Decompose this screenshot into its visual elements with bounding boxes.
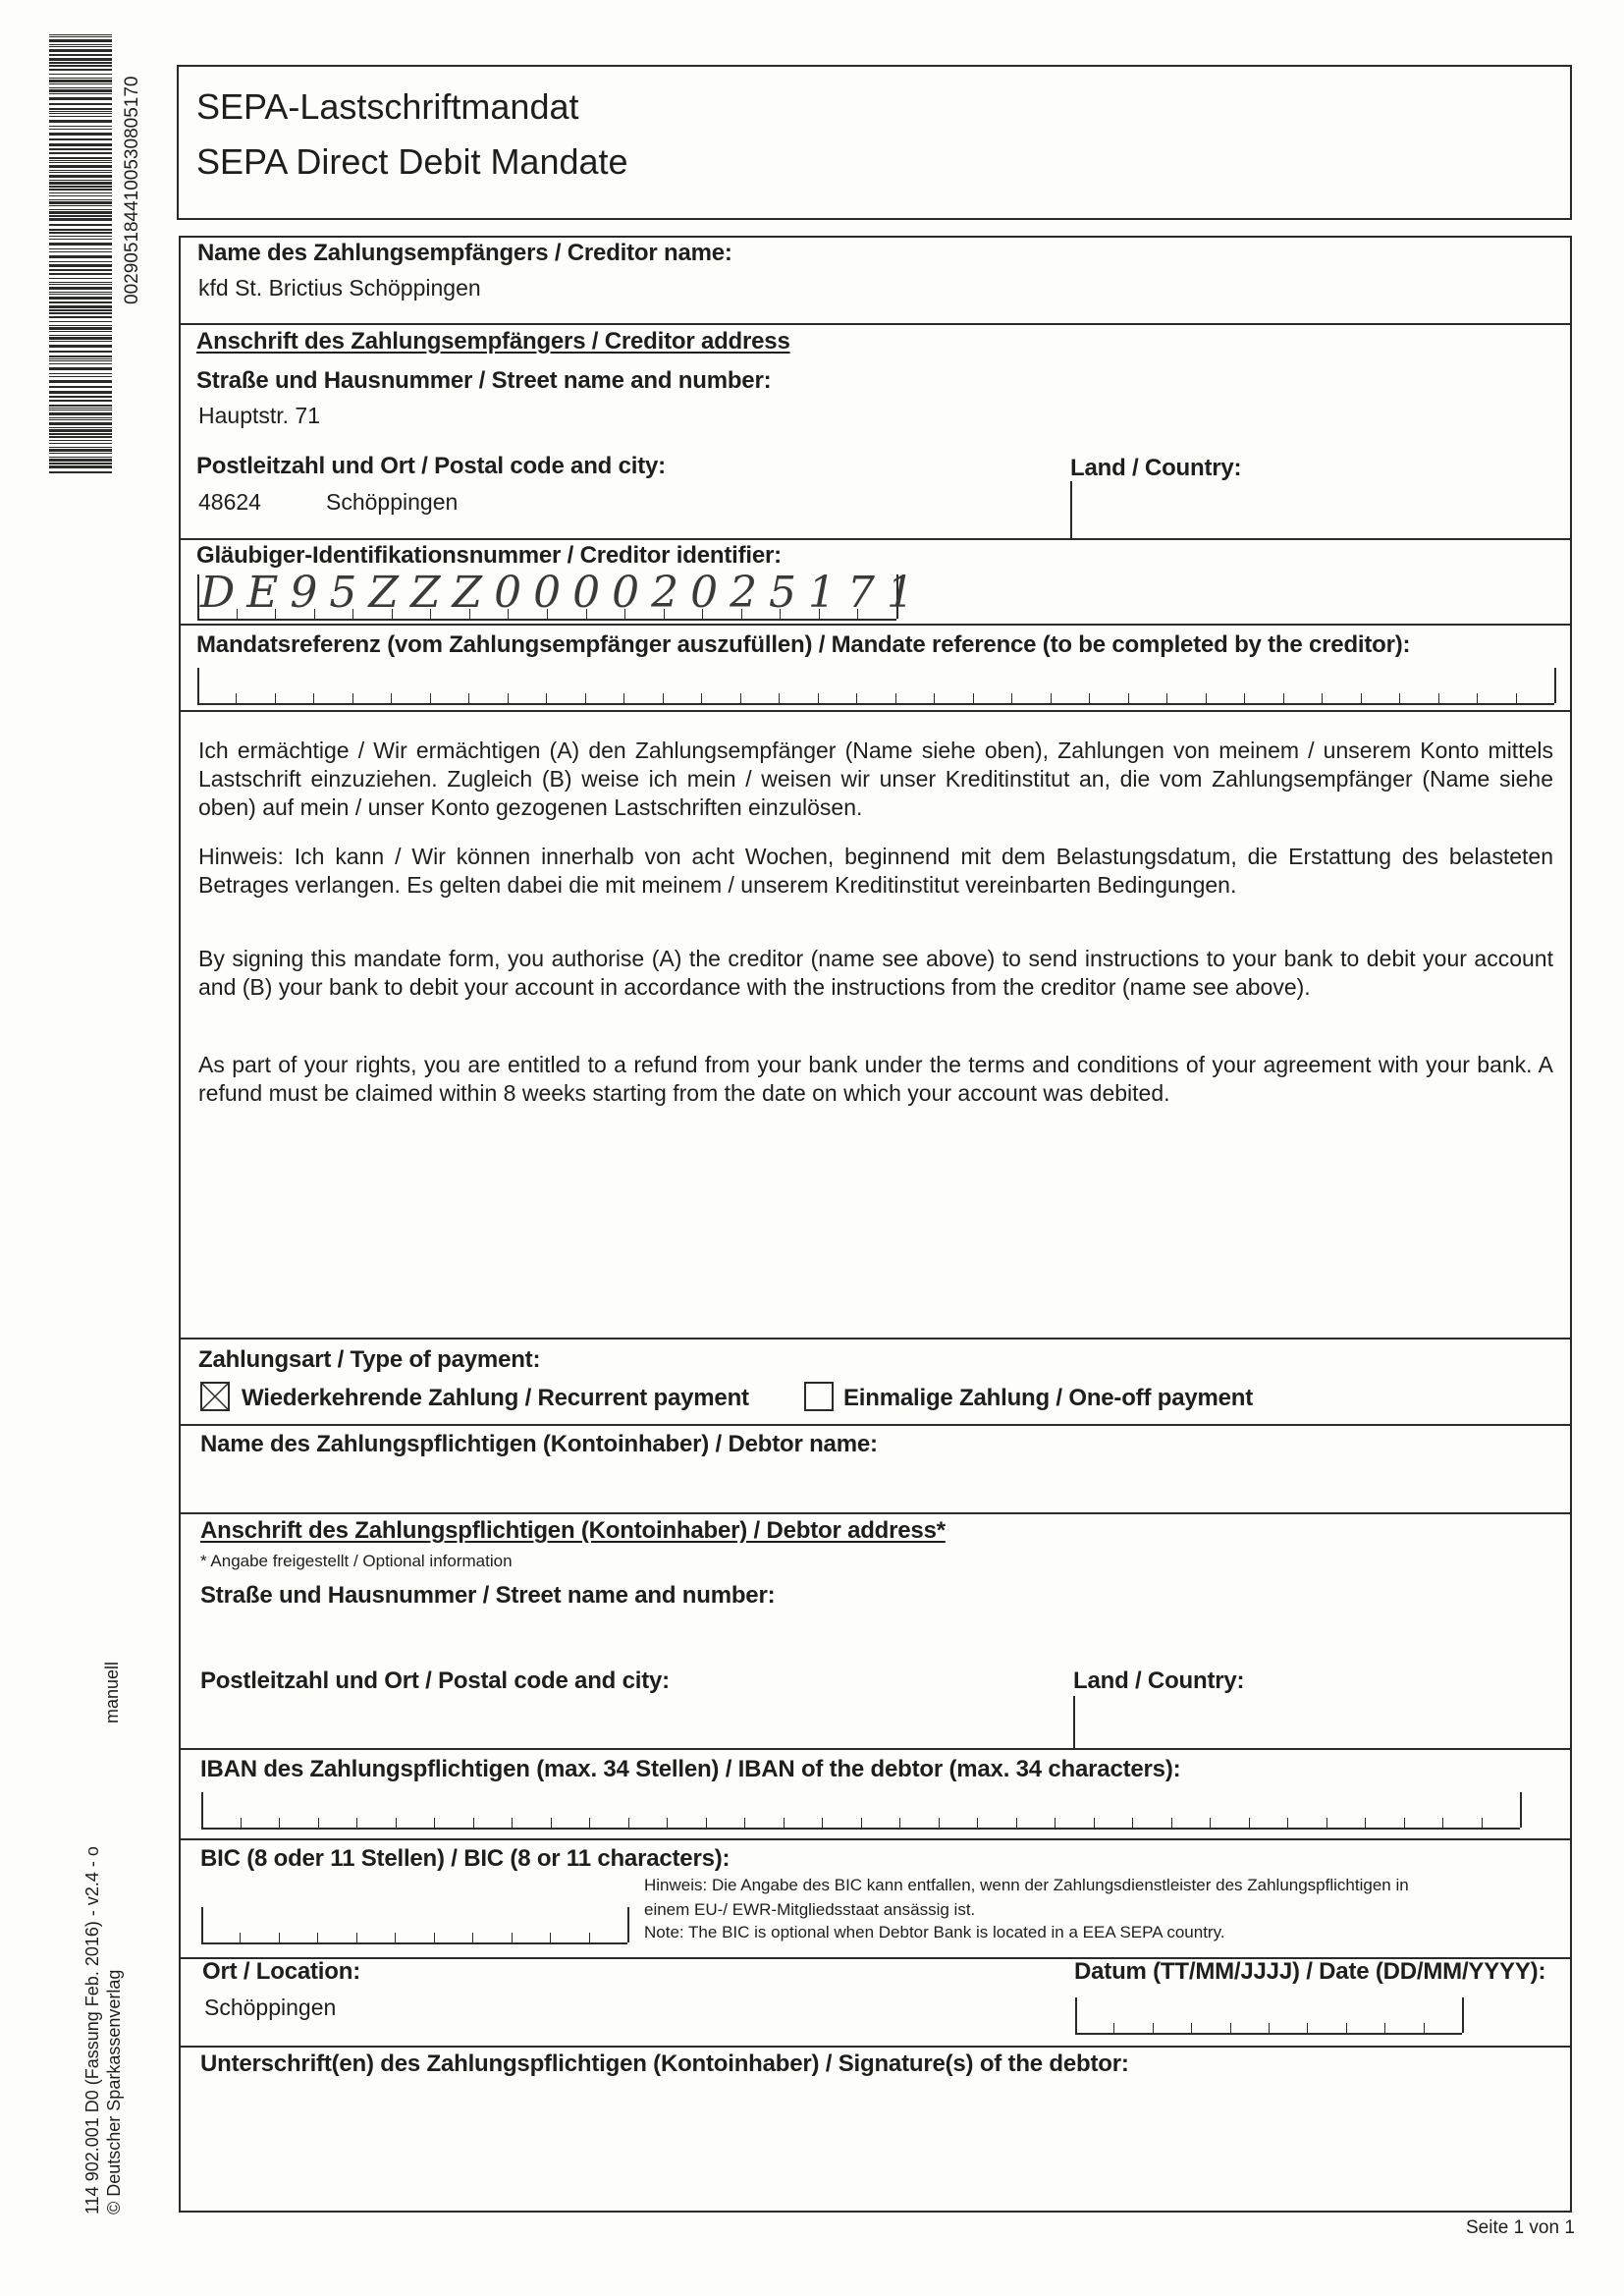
comb-tick	[1322, 693, 1323, 703]
location-value[interactable]: Schöppingen	[204, 1995, 336, 2021]
creditor-postal-label: Postleitzahl und Ort / Postal code and c…	[196, 453, 666, 480]
barcode-bar	[49, 264, 112, 267]
comb-tick	[468, 693, 469, 703]
barcode-bar	[49, 62, 112, 64]
comb-tick	[1089, 693, 1090, 703]
location-label: Ort / Location:	[202, 1958, 360, 1986]
barcode-bar	[49, 49, 112, 52]
barcode-bar	[49, 165, 112, 168]
comb-tick	[1128, 693, 1129, 703]
comb-tick	[1482, 1818, 1483, 1828]
barcode-bar	[49, 113, 112, 114]
barcode-bar	[49, 175, 112, 178]
barcode-bar	[49, 189, 112, 191]
barcode-bar	[49, 58, 112, 61]
barcode-bar	[49, 78, 112, 79]
comb-tick	[1477, 693, 1478, 703]
comb-tick	[279, 1933, 280, 1942]
barcode-bar	[49, 410, 112, 410]
barcode-bar	[49, 355, 112, 357]
barcode-bar	[49, 224, 112, 226]
comb-tick	[201, 1907, 203, 1942]
barcode-bar	[49, 331, 112, 332]
comb-tick	[1166, 693, 1167, 703]
comb-tick	[1011, 693, 1012, 703]
barcode-bar	[49, 351, 112, 353]
barcode-bar	[49, 170, 112, 171]
bic-note-de-line-1: Hinweis: Die Angabe des BIC kann entfall…	[644, 1876, 1409, 1895]
comb-tick	[395, 1933, 396, 1942]
comb-tick	[275, 693, 276, 703]
creditor-street-value[interactable]: Hauptstr. 71	[198, 403, 320, 429]
barcode-bar	[49, 192, 112, 193]
barcode-bar	[49, 209, 112, 210]
barcode-bar	[49, 103, 112, 105]
barcode-bar	[49, 65, 112, 67]
debtor-name-label: Name des Zahlungspflichtigen (Kontoinhab…	[200, 1431, 878, 1458]
comb-tick	[1051, 693, 1052, 703]
comb-tick	[1283, 693, 1284, 703]
barcode-bar	[49, 321, 112, 322]
recurrent-payment-label: Wiederkehrende Zahlung / Recurrent payme…	[242, 1385, 749, 1412]
barcode-bar	[49, 255, 112, 258]
payment-type-label: Zahlungsart / Type of payment:	[198, 1346, 540, 1374]
barcode-bar	[49, 282, 112, 283]
barcode-bar	[49, 337, 112, 340]
barcode-bar	[49, 116, 112, 117]
comb-tick	[627, 1907, 629, 1942]
comb-tick	[1055, 1818, 1056, 1828]
barcode-bar	[49, 447, 112, 448]
debtor-address-heading: Anschrift des Zahlungspflichtigen (Konto…	[200, 1517, 946, 1545]
barcode-bar	[49, 251, 112, 252]
barcode-bar	[49, 287, 112, 290]
barcode-bar	[49, 376, 112, 377]
divider	[179, 538, 1572, 540]
comb-tick	[1206, 693, 1207, 703]
comb-tick	[977, 1818, 978, 1828]
country-divider	[1070, 481, 1072, 538]
barcode-bar	[49, 386, 112, 388]
barcode-bar	[49, 201, 112, 204]
country-divider	[1073, 1696, 1075, 1748]
barcode-bar	[49, 341, 112, 342]
barcode-bar	[49, 83, 112, 84]
debtor-address-optional-note: * Angabe freigestellt / Optional informa…	[200, 1552, 513, 1571]
barcode-bar	[49, 412, 112, 415]
barcode-bar	[49, 54, 112, 56]
barcode-bar	[49, 400, 112, 402]
bic-note-de-line-2: einem EU-/ EWR-Mitgliedsstaat ansässig i…	[644, 1900, 975, 1920]
title-english: SEPA Direct Debit Mandate	[196, 141, 628, 183]
comb-tick	[512, 1933, 513, 1942]
barcode-bar	[49, 148, 112, 150]
comb-tick	[317, 1933, 318, 1942]
comb-tick	[391, 693, 392, 703]
comb-tick	[1554, 668, 1556, 703]
barcode-bar	[49, 405, 112, 407]
signature-label: Unterschrift(en) des Zahlungspflichtigen…	[200, 2050, 1129, 2078]
barcode-bar	[49, 396, 112, 398]
barcode-bar	[49, 44, 112, 45]
barcode-bar	[49, 108, 112, 110]
comb-tick	[1269, 2023, 1270, 2033]
barcode-bar	[49, 367, 112, 370]
comb-tick	[546, 693, 547, 703]
barcode-bar	[49, 120, 112, 123]
comb-tick	[663, 693, 664, 703]
bic-note-en: Note: The BIC is optional when Debtor Ba…	[644, 1923, 1225, 1942]
form-code: 114 902.001 D0 (Fassung Feb. 2016) - v2.…	[82, 1846, 103, 2214]
publisher: © Deutscher Sparkassenverlag	[104, 1970, 125, 2214]
authorisation-en-paragraph-1: By signing this mandate form, you author…	[198, 945, 1553, 1002]
barcode-bar	[49, 465, 112, 468]
barcode-bar	[49, 463, 112, 465]
comb-tick	[861, 1818, 862, 1828]
barcode-bar	[49, 89, 112, 92]
divider	[179, 1338, 1572, 1339]
comb-tick	[1361, 693, 1362, 703]
barcode-bar	[49, 215, 112, 217]
comb-tick	[472, 1933, 473, 1942]
comb-tick	[1244, 693, 1245, 703]
barcode-bar	[49, 180, 112, 181]
iban-label: IBAN des Zahlungspflichtigen (max. 34 St…	[200, 1756, 1180, 1783]
barcode-bar	[49, 419, 112, 420]
barcode-bar	[49, 143, 112, 146]
creditor-name-value[interactable]: kfd St. Brictius Schöppingen	[198, 275, 481, 301]
barcode-bar	[49, 211, 112, 214]
divider	[179, 1838, 1572, 1840]
debtor-country-label: Land / Country:	[1073, 1667, 1244, 1695]
barcode-bar	[49, 46, 112, 47]
authorisation-de-paragraph-2: Hinweis: Ich kann / Wir können innerhalb…	[198, 843, 1553, 900]
barcode-bar	[49, 292, 112, 293]
comb-tick	[279, 1818, 280, 1828]
creditor-postal-code[interactable]: 48624	[198, 489, 261, 516]
barcode-bar	[49, 199, 112, 200]
barcode-bar	[49, 138, 112, 140]
barcode-bar	[49, 422, 112, 425]
comb-tick	[822, 1818, 823, 1828]
comb-tick	[1404, 1818, 1405, 1828]
comb-tick	[318, 1818, 319, 1828]
barcode-bar	[49, 273, 112, 275]
barcode-bar	[49, 232, 112, 234]
iban-field[interactable]	[201, 1792, 1520, 1830]
barcode-bar	[49, 195, 112, 196]
comb-tick	[512, 1818, 513, 1828]
barcode-bar	[49, 239, 112, 240]
barcode-bar	[49, 316, 112, 318]
divider	[179, 323, 1572, 325]
barcode-bar	[49, 417, 112, 418]
barcode-bar	[49, 261, 112, 262]
comb-tick	[1346, 2023, 1347, 2033]
barcode-bar	[49, 243, 112, 246]
mandate-reference-field[interactable]	[197, 668, 1554, 705]
recurrent-payment-checkbox[interactable]	[200, 1382, 230, 1411]
comb-tick	[1365, 1818, 1366, 1828]
barcode-bar	[49, 358, 112, 359]
barcode-bar	[49, 229, 112, 231]
comb-tick	[973, 693, 974, 703]
barcode-bar	[49, 309, 112, 311]
comb-tick	[1516, 693, 1517, 703]
comb-tick	[240, 1933, 241, 1942]
date-label: Datum (TT/MM/JJJJ) / Date (DD/MM/YYYY):	[1074, 1958, 1545, 1986]
comb-tick	[508, 693, 509, 703]
barcode-bar	[49, 69, 112, 71]
comb-tick	[1075, 1997, 1077, 2033]
divider	[179, 1424, 1572, 1426]
barcode-bar	[49, 87, 112, 88]
comb-tick	[899, 1818, 900, 1828]
barcode-number: 0029051844100530805170	[122, 77, 143, 304]
divider	[179, 1748, 1572, 1750]
barcode-bar	[49, 160, 112, 161]
comb-tick	[589, 1818, 590, 1828]
comb-tick	[779, 693, 780, 703]
authorisation-de-paragraph-1: Ich ermächtige / Wir ermächtigen (A) den…	[198, 737, 1553, 822]
comb-tick	[856, 693, 857, 703]
barcode-bar	[49, 429, 112, 432]
comb-tick	[1016, 1818, 1017, 1828]
comb-tick	[201, 1792, 203, 1828]
check-x-icon	[202, 1384, 228, 1409]
barcode-bar	[49, 236, 112, 237]
comb-tick	[551, 1818, 552, 1828]
page-number: Seite 1 von 1	[1466, 2217, 1575, 2239]
divider	[179, 1512, 1572, 1514]
divider	[179, 2046, 1572, 2048]
comb-tick	[434, 1818, 435, 1828]
barcode-bar	[49, 162, 112, 163]
mandate-reference-label: Mandatsreferenz (vom Zahlungsempfänger a…	[196, 631, 1410, 659]
barcode-bar	[49, 345, 112, 348]
comb-tick	[356, 1933, 357, 1942]
comb-tick	[313, 693, 314, 703]
comb-tick	[434, 1933, 435, 1942]
barcode-bar	[49, 305, 112, 308]
barcode-bar	[49, 80, 112, 82]
comb-tick	[667, 1818, 668, 1828]
bic-label: BIC (8 oder 11 Stellen) / BIC (8 or 11 c…	[200, 1845, 730, 1873]
creditor-identifier-label: Gläubiger-Identifikationsnummer / Credit…	[196, 542, 782, 570]
comb-tick	[895, 693, 896, 703]
barcode-bar	[49, 39, 112, 42]
barcode-bar	[49, 301, 112, 303]
barcode-bar	[49, 205, 112, 206]
barcode-bar	[49, 74, 112, 75]
barcode-bar	[49, 325, 112, 326]
creditor-country-label: Land / Country:	[1070, 455, 1241, 482]
comb-tick	[197, 574, 199, 619]
comb-tick	[1132, 1818, 1133, 1828]
comb-tick	[939, 1818, 940, 1828]
comb-tick	[1438, 693, 1439, 703]
one-off-payment-checkbox[interactable]	[804, 1382, 834, 1411]
comb-tick	[934, 693, 935, 703]
barcode-bar	[49, 278, 112, 279]
comb-tick	[706, 1818, 707, 1828]
comb-tick	[1384, 2023, 1385, 2033]
comb-tick	[585, 693, 586, 703]
barcode-bar	[49, 457, 112, 458]
barcode-bar	[49, 433, 112, 435]
barcode-bar	[49, 248, 112, 249]
barcode-bar	[49, 97, 112, 100]
barcode-bar	[49, 327, 112, 330]
comb-tick	[1249, 1818, 1250, 1828]
bic-field[interactable]	[201, 1907, 627, 1944]
comb-tick	[623, 693, 624, 703]
barcode-bar	[49, 93, 112, 94]
barcode-bar	[49, 126, 112, 127]
barcode-bar	[49, 129, 112, 130]
title-german: SEPA-Lastschriftmandat	[196, 86, 579, 128]
barcode-bar	[49, 218, 112, 221]
barcode-bar	[49, 380, 112, 383]
comb-tick	[197, 668, 199, 703]
comb-tick	[1424, 2023, 1425, 2033]
creditor-street-label: Straße und Hausnummer / Street name and …	[196, 367, 771, 395]
signature-area[interactable]	[181, 2082, 1570, 2210]
creditor-identifier-value: DE95ZZZ00002025171	[200, 568, 926, 618]
barcode-bar	[49, 172, 112, 173]
barcode-bar	[49, 360, 112, 361]
barcode-bar	[49, 133, 112, 136]
barcode-bar	[49, 111, 112, 112]
barcode-bar	[49, 335, 112, 336]
barcode-bar	[49, 36, 112, 37]
date-field[interactable]	[1075, 1997, 1462, 2035]
creditor-address-heading: Anschrift des Zahlungsempfängers / Credi…	[196, 328, 790, 355]
comb-tick	[1171, 1818, 1172, 1828]
comb-tick	[784, 1818, 785, 1828]
comb-tick	[1442, 1818, 1443, 1828]
comb-tick	[744, 1818, 745, 1828]
barcode-bar	[49, 440, 112, 441]
comb-tick	[1230, 2023, 1231, 2033]
barcode-bar	[49, 269, 112, 271]
comb-tick	[1153, 2023, 1154, 2033]
comb-tick	[1462, 1997, 1464, 2033]
divider	[179, 710, 1572, 712]
barcode-bar	[49, 391, 112, 394]
comb-tick	[1210, 1818, 1211, 1828]
barcode-bar	[49, 443, 112, 444]
one-off-payment-label: Einmalige Zahlung / One-off payment	[843, 1385, 1253, 1412]
barcode-bar	[49, 453, 112, 454]
barcode-bar	[49, 427, 112, 428]
creditor-city[interactable]: Schöppingen	[326, 489, 458, 516]
comb-tick	[1094, 1818, 1095, 1828]
divider	[179, 624, 1572, 626]
comb-tick	[241, 1818, 242, 1828]
comb-tick	[473, 1818, 474, 1828]
creditor-name-label: Name des Zahlungsempfängers / Creditor n…	[197, 240, 732, 267]
barcode-bar	[49, 182, 112, 185]
comb-tick	[236, 693, 237, 703]
comb-tick	[396, 1818, 397, 1828]
comb-tick	[1399, 693, 1400, 703]
comb-tick	[550, 1933, 551, 1942]
comb-tick	[1307, 2023, 1308, 2033]
comb-tick	[740, 693, 741, 703]
barcode-bar	[49, 152, 112, 154]
comb-tick	[1113, 2023, 1114, 2033]
manual-note: manuell	[102, 1662, 123, 1723]
barcode-bar	[49, 471, 112, 473]
comb-tick	[352, 693, 353, 703]
comb-tick	[1287, 1818, 1288, 1828]
comb-tick	[430, 693, 431, 703]
comb-tick	[1326, 1818, 1327, 1828]
barcode-bar	[49, 449, 112, 452]
debtor-postal-label: Postleitzahl und Ort / Postal code and c…	[200, 1667, 670, 1695]
comb-tick	[1191, 2023, 1192, 2033]
debtor-street-label: Straße und Hausnummer / Street name and …	[200, 1582, 775, 1610]
barcode-bar	[49, 408, 112, 409]
barcode-bar	[49, 436, 112, 438]
comb-tick	[628, 1818, 629, 1828]
barcode-bar	[49, 459, 112, 462]
authorisation-en-paragraph-2: As part of your rights, you are entitled…	[198, 1051, 1553, 1108]
barcode-bar	[49, 297, 112, 300]
comb-tick	[1520, 1792, 1522, 1828]
barcode-bar	[49, 284, 112, 285]
comb-tick	[356, 1818, 357, 1828]
barcode	[49, 34, 112, 476]
barcode-bar	[49, 294, 112, 295]
barcode-bar	[49, 373, 112, 374]
barcode-bar	[49, 312, 112, 314]
comb-tick	[701, 693, 702, 703]
barcode-bar	[49, 186, 112, 188]
barcode-bar	[49, 34, 112, 35]
comb-tick	[589, 1933, 590, 1942]
barcode-bar	[49, 363, 112, 364]
barcode-bar	[49, 157, 112, 159]
comb-tick	[818, 693, 819, 703]
